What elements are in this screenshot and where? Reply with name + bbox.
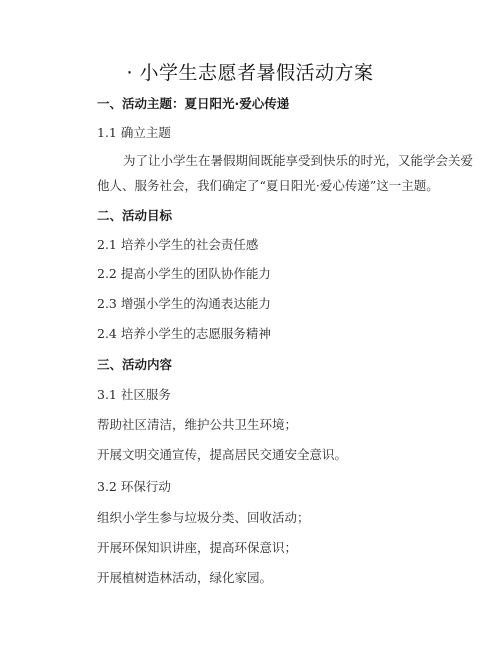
list-item: 2.1 培养小学生的社会责任感	[97, 237, 258, 253]
paragraph-line: 为了让小学生在暑假期间既能享受到快乐的时光，又能学会关爱	[97, 153, 473, 169]
list-item: 2.2 提高小学生的团队协作能力	[97, 266, 271, 282]
subheading-environmental-action: 3.2 环保行动	[97, 479, 171, 495]
subheading-community-service: 3.1 社区服务	[97, 387, 171, 403]
subheading-establish-theme: 1.1 确立主题	[97, 125, 171, 141]
content-line: 组织小学生参与垃圾分类、回收活动；	[97, 510, 310, 526]
content-line: 开展植树造林活动，绿化家园。	[97, 570, 272, 586]
paragraph-line: 他人、服务社会，我们确定了“夏日阳光·爱心传递”这一主题。	[97, 178, 439, 194]
section-heading-content: 三、活动内容	[97, 357, 172, 373]
content-line: 开展环保知识讲座，提高环保意识；	[97, 540, 297, 556]
list-item: 2.3 增强小学生的沟通表达能力	[97, 296, 271, 312]
section-heading-theme: 一、活动主题：夏日阳光·爱心传递	[97, 96, 289, 112]
content-line: 开展文明交通宣传，提高居民交通安全意识。	[97, 447, 347, 463]
document-page: · 小学生志愿者暑假活动方案 一、活动主题：夏日阳光·爱心传递 1.1 确立主题…	[0, 0, 500, 647]
content-line: 帮助社区清洁，维护公共卫生环境；	[97, 417, 297, 433]
list-item: 2.4 培养小学生的志愿服务精神	[97, 326, 271, 342]
document-title: · 小学生志愿者暑假活动方案	[0, 58, 500, 85]
section-heading-goals: 二、活动目标	[97, 208, 172, 224]
